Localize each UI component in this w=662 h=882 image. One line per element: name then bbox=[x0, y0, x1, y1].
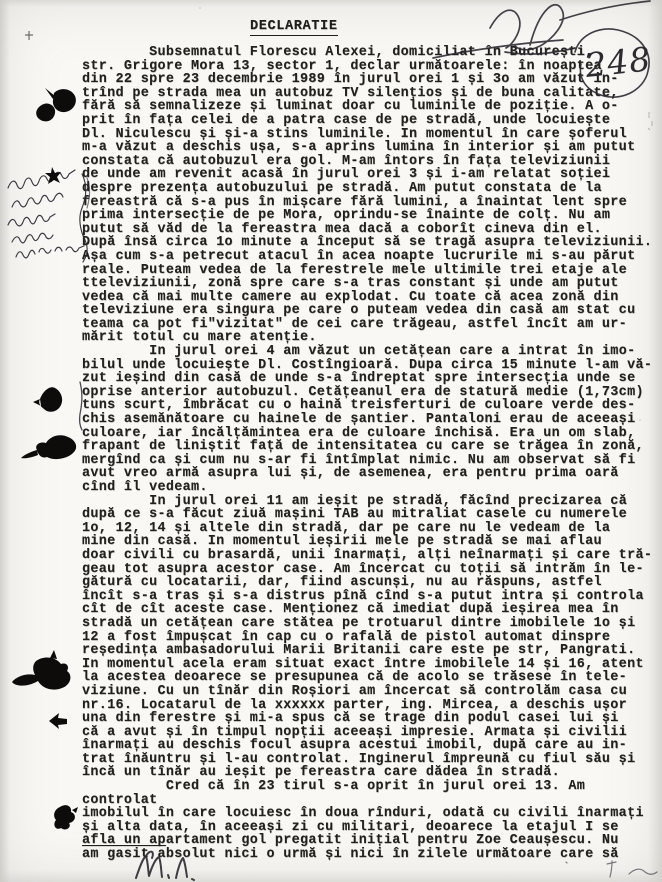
ink-blot-1b bbox=[36, 103, 55, 121]
ink-blot-5 bbox=[49, 713, 67, 729]
paragraph-4-text: Cred că în 23 tirul s-a oprit în jurul o… bbox=[82, 779, 644, 835]
ink-blots bbox=[12, 88, 78, 829]
paragraph-4: Cred că în 23 tirul s-a oprit în jurul o… bbox=[82, 780, 662, 862]
ink-blot-1a-spike bbox=[45, 88, 55, 99]
document-body: Subsemnatul Florescu Alexei, domiciliat … bbox=[82, 46, 662, 862]
ink-blot-2 bbox=[33, 387, 62, 412]
ink-star-mark bbox=[45, 167, 61, 184]
paragraph-1: Subsemnatul Florescu Alexei, domiciliat … bbox=[82, 46, 662, 345]
scanned-declaration-page: DECLARATIE Subsemnatul Florescu Alexei, … bbox=[0, 0, 662, 882]
ink-blot-1a bbox=[53, 89, 76, 112]
paragraph-2: In jurul orei 4 am văzut un cetățean car… bbox=[82, 345, 662, 495]
ink-blot-4 bbox=[12, 650, 70, 690]
ink-blot-3 bbox=[21, 435, 76, 459]
bottom-right-faint-mark bbox=[566, 861, 657, 877]
document-title: DECLARATIE bbox=[250, 19, 338, 36]
margin-cursive-note bbox=[8, 170, 90, 262]
plus-mark bbox=[25, 31, 33, 40]
ink-blot-6 bbox=[54, 805, 78, 829]
paragraph-3: In jurul orei 11 am ieșit pe stradă, făc… bbox=[82, 495, 662, 780]
